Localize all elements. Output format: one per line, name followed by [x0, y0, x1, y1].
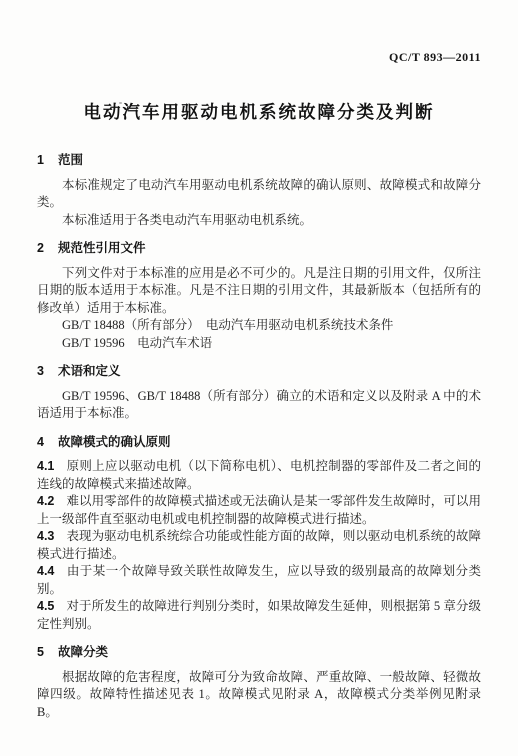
reference-line: GB/T 18488（所有部分） 电动汽车用驱动电机系统技术条件 [37, 317, 481, 335]
clause-number: 4.2 [37, 494, 54, 508]
clause-number: 4.3 [37, 529, 54, 543]
clause-text: 难以用零部件的故障模式描述或无法确认是某一零部件发生故障时，可以用上一级部件直至… [37, 494, 481, 526]
clause-paragraph: 4.4由于某一个故障导致关联性故障发生，应以导致的级别最高的故障划分类别。 [37, 563, 481, 598]
section-number: 4 [37, 435, 44, 449]
page-number: 1 [457, 684, 463, 698]
section-heading: 1范围 [37, 152, 481, 170]
reference-line: GB/T 19596 电动汽车术语 [37, 335, 481, 353]
paragraph: 根据故障的危害程度，故障可分为致命故障、严重故障、一般故障、轻微故障四级。故障特… [37, 669, 481, 722]
document-section: 3术语和定义 GB/T 19596、GB/T 18488（所有部分）确立的术语和… [37, 363, 481, 423]
document-section: 2规范性引用文件 下列文件对于本标准的应用是必不可少的。凡是注日期的引用文件，仅… [37, 240, 481, 352]
document-content: 1范围 本标准规定了电动汽车用驱动电机系统故障的确认原则、故障模式和故障分类。本… [37, 152, 481, 721]
paragraph: 本标准规定了电动汽车用驱动电机系统故障的确认原则、故障模式和故障分类。 [37, 177, 481, 212]
document-title: 电动汽车用驱动电机系统故障分类及判断 [37, 100, 481, 124]
section-title: 术语和定义 [58, 364, 121, 378]
section-title: 规范性引用文件 [58, 241, 146, 255]
section-number: 2 [37, 241, 44, 255]
clause-number: 4.4 [37, 564, 54, 578]
section-heading: 4故障模式的确认原则 [37, 434, 481, 452]
section-body: 下列文件对于本标准的应用是必不可少的。凡是注日期的引用文件，仅所注日期的版本适用… [37, 265, 481, 353]
clause-paragraph: 4.5对于所发生的故障进行判别分类时，如果故障发生延伸，则根据第 5 章分级定性… [37, 598, 481, 633]
section-heading: 3术语和定义 [37, 363, 481, 381]
section-body: 本标准规定了电动汽车用驱动电机系统故障的确认原则、故障模式和故障分类。本标准适用… [37, 177, 481, 230]
document-section: 4故障模式的确认原则 4.1原则上应以驱动电机（以下简称电机）、电机控制器的零部… [37, 434, 481, 634]
clause-text: 表现为驱动电机系统综合功能或性能方面的故障，则以驱动电机系统的故障模式进行描述。 [37, 529, 481, 561]
clause-paragraph: 4.3表现为驱动电机系统综合功能或性能方面的故障，则以驱动电机系统的故障模式进行… [37, 528, 481, 563]
paragraph: 本标准适用于各类电动汽车用驱动电机系统。 [37, 212, 481, 230]
section-number: 3 [37, 364, 44, 378]
section-body: GB/T 19596、GB/T 18488（所有部分）确立的术语和定义以及附录 … [37, 388, 481, 423]
document-section: 1范围 本标准规定了电动汽车用驱动电机系统故障的确认原则、故障模式和故障分类。本… [37, 152, 481, 229]
section-number: 1 [37, 153, 44, 167]
section-body: 4.1原则上应以驱动电机（以下简称电机）、电机控制器的零部件及二者之间的连线的故… [37, 458, 481, 633]
clause-text: 由于某一个故障导致关联性故障发生，应以导致的级别最高的故障划分类别。 [37, 564, 481, 596]
scan-artifact [119, 102, 122, 104]
section-body: 根据故障的危害程度，故障可分为致命故障、严重故障、一般故障、轻微故障四级。故障特… [37, 669, 481, 722]
section-title: 故障模式的确认原则 [58, 435, 171, 449]
clause-paragraph: 4.2难以用零部件的故障模式描述或无法确认是某一零部件发生故障时，可以用上一级部… [37, 493, 481, 528]
clause-number: 4.1 [37, 459, 54, 473]
document-page: QC/T 893—2011 电动汽车用驱动电机系统故障分类及判断 1范围 本标准… [0, 0, 518, 756]
clause-text: 原则上应以驱动电机（以下简称电机）、电机控制器的零部件及二者之间的连线的故障模式… [37, 459, 481, 491]
paragraph: GB/T 19596、GB/T 18488（所有部分）确立的术语和定义以及附录 … [37, 388, 481, 423]
section-heading: 5故障分类 [37, 644, 481, 662]
clause-paragraph: 4.1原则上应以驱动电机（以下简称电机）、电机控制器的零部件及二者之间的连线的故… [37, 458, 481, 493]
section-title: 范围 [58, 153, 83, 167]
standard-code: QC/T 893—2011 [37, 50, 481, 64]
document-section: 5故障分类 根据故障的危害程度，故障可分为致命故障、严重故障、一般故障、轻微故障… [37, 644, 481, 721]
section-number: 5 [37, 645, 44, 659]
section-title: 故障分类 [58, 645, 108, 659]
clause-text: 对于所发生的故障进行判别分类时，如果故障发生延伸，则根据第 5 章分级定性判别。 [37, 599, 481, 631]
paragraph: 下列文件对于本标准的应用是必不可少的。凡是注日期的引用文件，仅所注日期的版本适用… [37, 265, 481, 318]
clause-number: 4.5 [37, 599, 54, 613]
section-heading: 2规范性引用文件 [37, 240, 481, 258]
